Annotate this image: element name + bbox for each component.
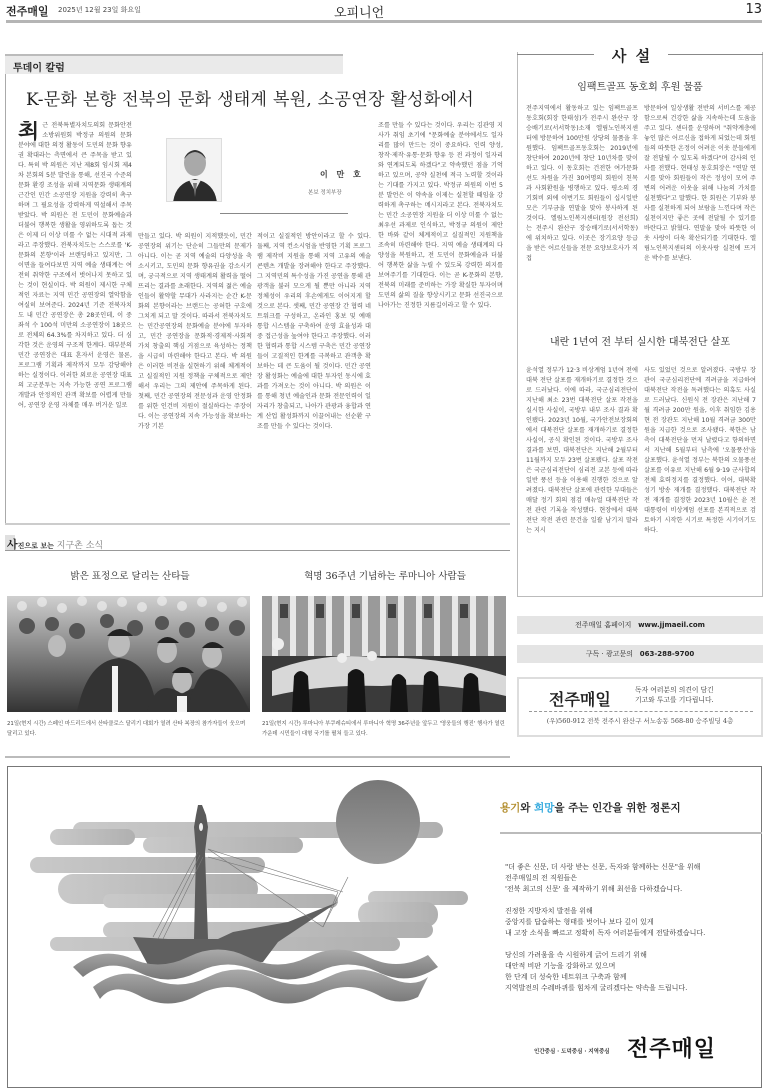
column-headline: K-문화 본향 전북의 문화 생태계 복원, 소공연장 활성화에서	[0, 85, 500, 110]
today-column-label: 투데이 칼럼	[13, 59, 65, 74]
ad-slogan-rule	[500, 832, 762, 834]
photo-1-caption: 21일(현지 시간) 스페인 마드리드에서 산타클로스 달리기 대회가 열려 산…	[7, 719, 250, 739]
editorial-rule-left	[517, 54, 594, 55]
editorial-1-col1: 전주지역에서 활동하고 있는 임팩트골프 동호회(회장 한태성)가 전주시 완산…	[526, 104, 638, 320]
ad-paragraph-3: 당신의 가려움을 속 시원하게 긁어 드리기 위해 대안적 비판 기능을 강화하…	[505, 950, 687, 994]
photo-section-bottom-rule	[5, 756, 510, 758]
ad-motto: 인간중심 · 도덕중심 · 지역중심	[534, 1047, 610, 1055]
today-column-label-bar: 투데이 칼럼	[5, 54, 343, 74]
submission-logo: 전주매일	[549, 687, 611, 710]
photo-2-title: 혁명 36주년 기념하는 루마니아 사람들	[260, 568, 510, 582]
editorial-1-col2: 방문하여 일상생활 전반의 서비스를 제공함으로써 건강한 삶을 지속하는데 도…	[644, 104, 756, 320]
column-text-col2: 만들고 있다. 박 의원이 지적했듯이, 민간 공연장의 위기는 단순히 그들만…	[138, 232, 252, 520]
column-text-col1: 최근 전북특별자치도의회 문화안전소방위원회 박정규 의원의 문화 분야에 대한…	[18, 121, 132, 521]
section-title: 오피니언	[334, 2, 384, 21]
photo-1-title: 밝은 표정으로 달리는 산타들	[5, 568, 255, 582]
portrait-image	[167, 139, 222, 202]
masthead: 전주매일 2025년 12월 23일 화요일 오피니언 13	[0, 0, 768, 24]
column-bottom-rule	[5, 523, 510, 525]
page-number: 13	[745, 2, 762, 17]
subscribe-label: 구독 · 광고문의	[586, 650, 633, 658]
submission-divider	[529, 711, 753, 712]
editorial-2-col1: 윤석열 정부가 12·3 비상계엄 1년여 전에 대북 전단 살포를 재개하기로…	[526, 366, 638, 592]
romania-flag-image	[262, 596, 506, 712]
photo-santa-run	[7, 596, 250, 712]
ad-logo: 전주매일	[627, 1032, 716, 1063]
author-title: 본보 정치부장	[308, 188, 342, 196]
submission-box: 전주매일 독자 여러분의 의견이 담긴 기고와 투고를 기다립니다. (우)56…	[517, 677, 763, 737]
editorial-headline-1: 임팩트골프 동호회 후원 물품	[517, 78, 763, 93]
author-portrait	[166, 138, 222, 202]
author-name: 이 만 호	[320, 169, 364, 180]
column-text-col4: 조를 만들 수 있다는 것이다. 우리는 김관영 지사가 취임 초기에 "문화예…	[378, 121, 503, 521]
issue-date: 2025년 12월 23일 화요일	[58, 5, 141, 15]
masthead-rule	[6, 20, 762, 23]
homepage-label: 전주매일 홈페이지	[575, 621, 631, 629]
ad-slogan: 용기와 희망을 주는 인간을 위한 정론지	[500, 800, 681, 815]
photo-2-caption: 21일(현지 시간) 루마니아 부쿠레슈티에서 루마니아 혁명 36주년을 앞두…	[262, 719, 506, 739]
subscribe-phone: 063-288-9700	[640, 650, 695, 658]
editorial-2-col2: 사도 있었던 것으로 알려졌다. 국방부 장관이 국군심리전단에 격려금을 지급…	[644, 366, 756, 592]
subscribe-bar: 구독 · 광고문의 063-288-9700	[517, 645, 763, 663]
editorial-rule-right	[668, 54, 763, 55]
submission-text: 독자 여러분의 의견이 담긴 기고와 투고를 기다립니다.	[635, 685, 714, 705]
photo-romania	[262, 596, 506, 712]
author-divider	[220, 213, 348, 214]
photo-section-label: 사진으로 보는 지구촌 소식	[7, 536, 103, 552]
santa-crowd-image	[7, 596, 250, 712]
ad-paragraph-2: 진정한 지방자치 발전을 위해 중앙지를 답습하는 형태를 벗어나 보다 깊이 …	[505, 906, 705, 939]
masthead-logo: 전주매일	[6, 3, 49, 19]
pen-ship-illustration	[8, 767, 478, 1087]
editorial-headline-2: 내란 1년여 전 부터 실시한 대북전단 살포	[517, 333, 763, 348]
office-address: (우)560-912 전북 전주시 완산구 서노송동 568-80 승주빌딩 4…	[519, 716, 761, 725]
dropcap: 최	[18, 121, 39, 141]
column-text-col3: 적이고 실질적인 방안이라고 할 수 있다. 둘째, 지역 컨소시엄을 반영한 …	[257, 232, 371, 520]
ad-illustration	[8, 767, 478, 1087]
homepage-url[interactable]: www.jjmaeil.com	[638, 621, 705, 629]
editorial-title: 사 설	[596, 45, 668, 66]
ad-paragraph-1: "더 좋은 신문, 더 사랑 받는 신문, 독자와 함께하는 신문"을 위해 전…	[505, 862, 700, 895]
homepage-bar: 전주매일 홈페이지 www.jjmaeil.com	[517, 616, 763, 634]
